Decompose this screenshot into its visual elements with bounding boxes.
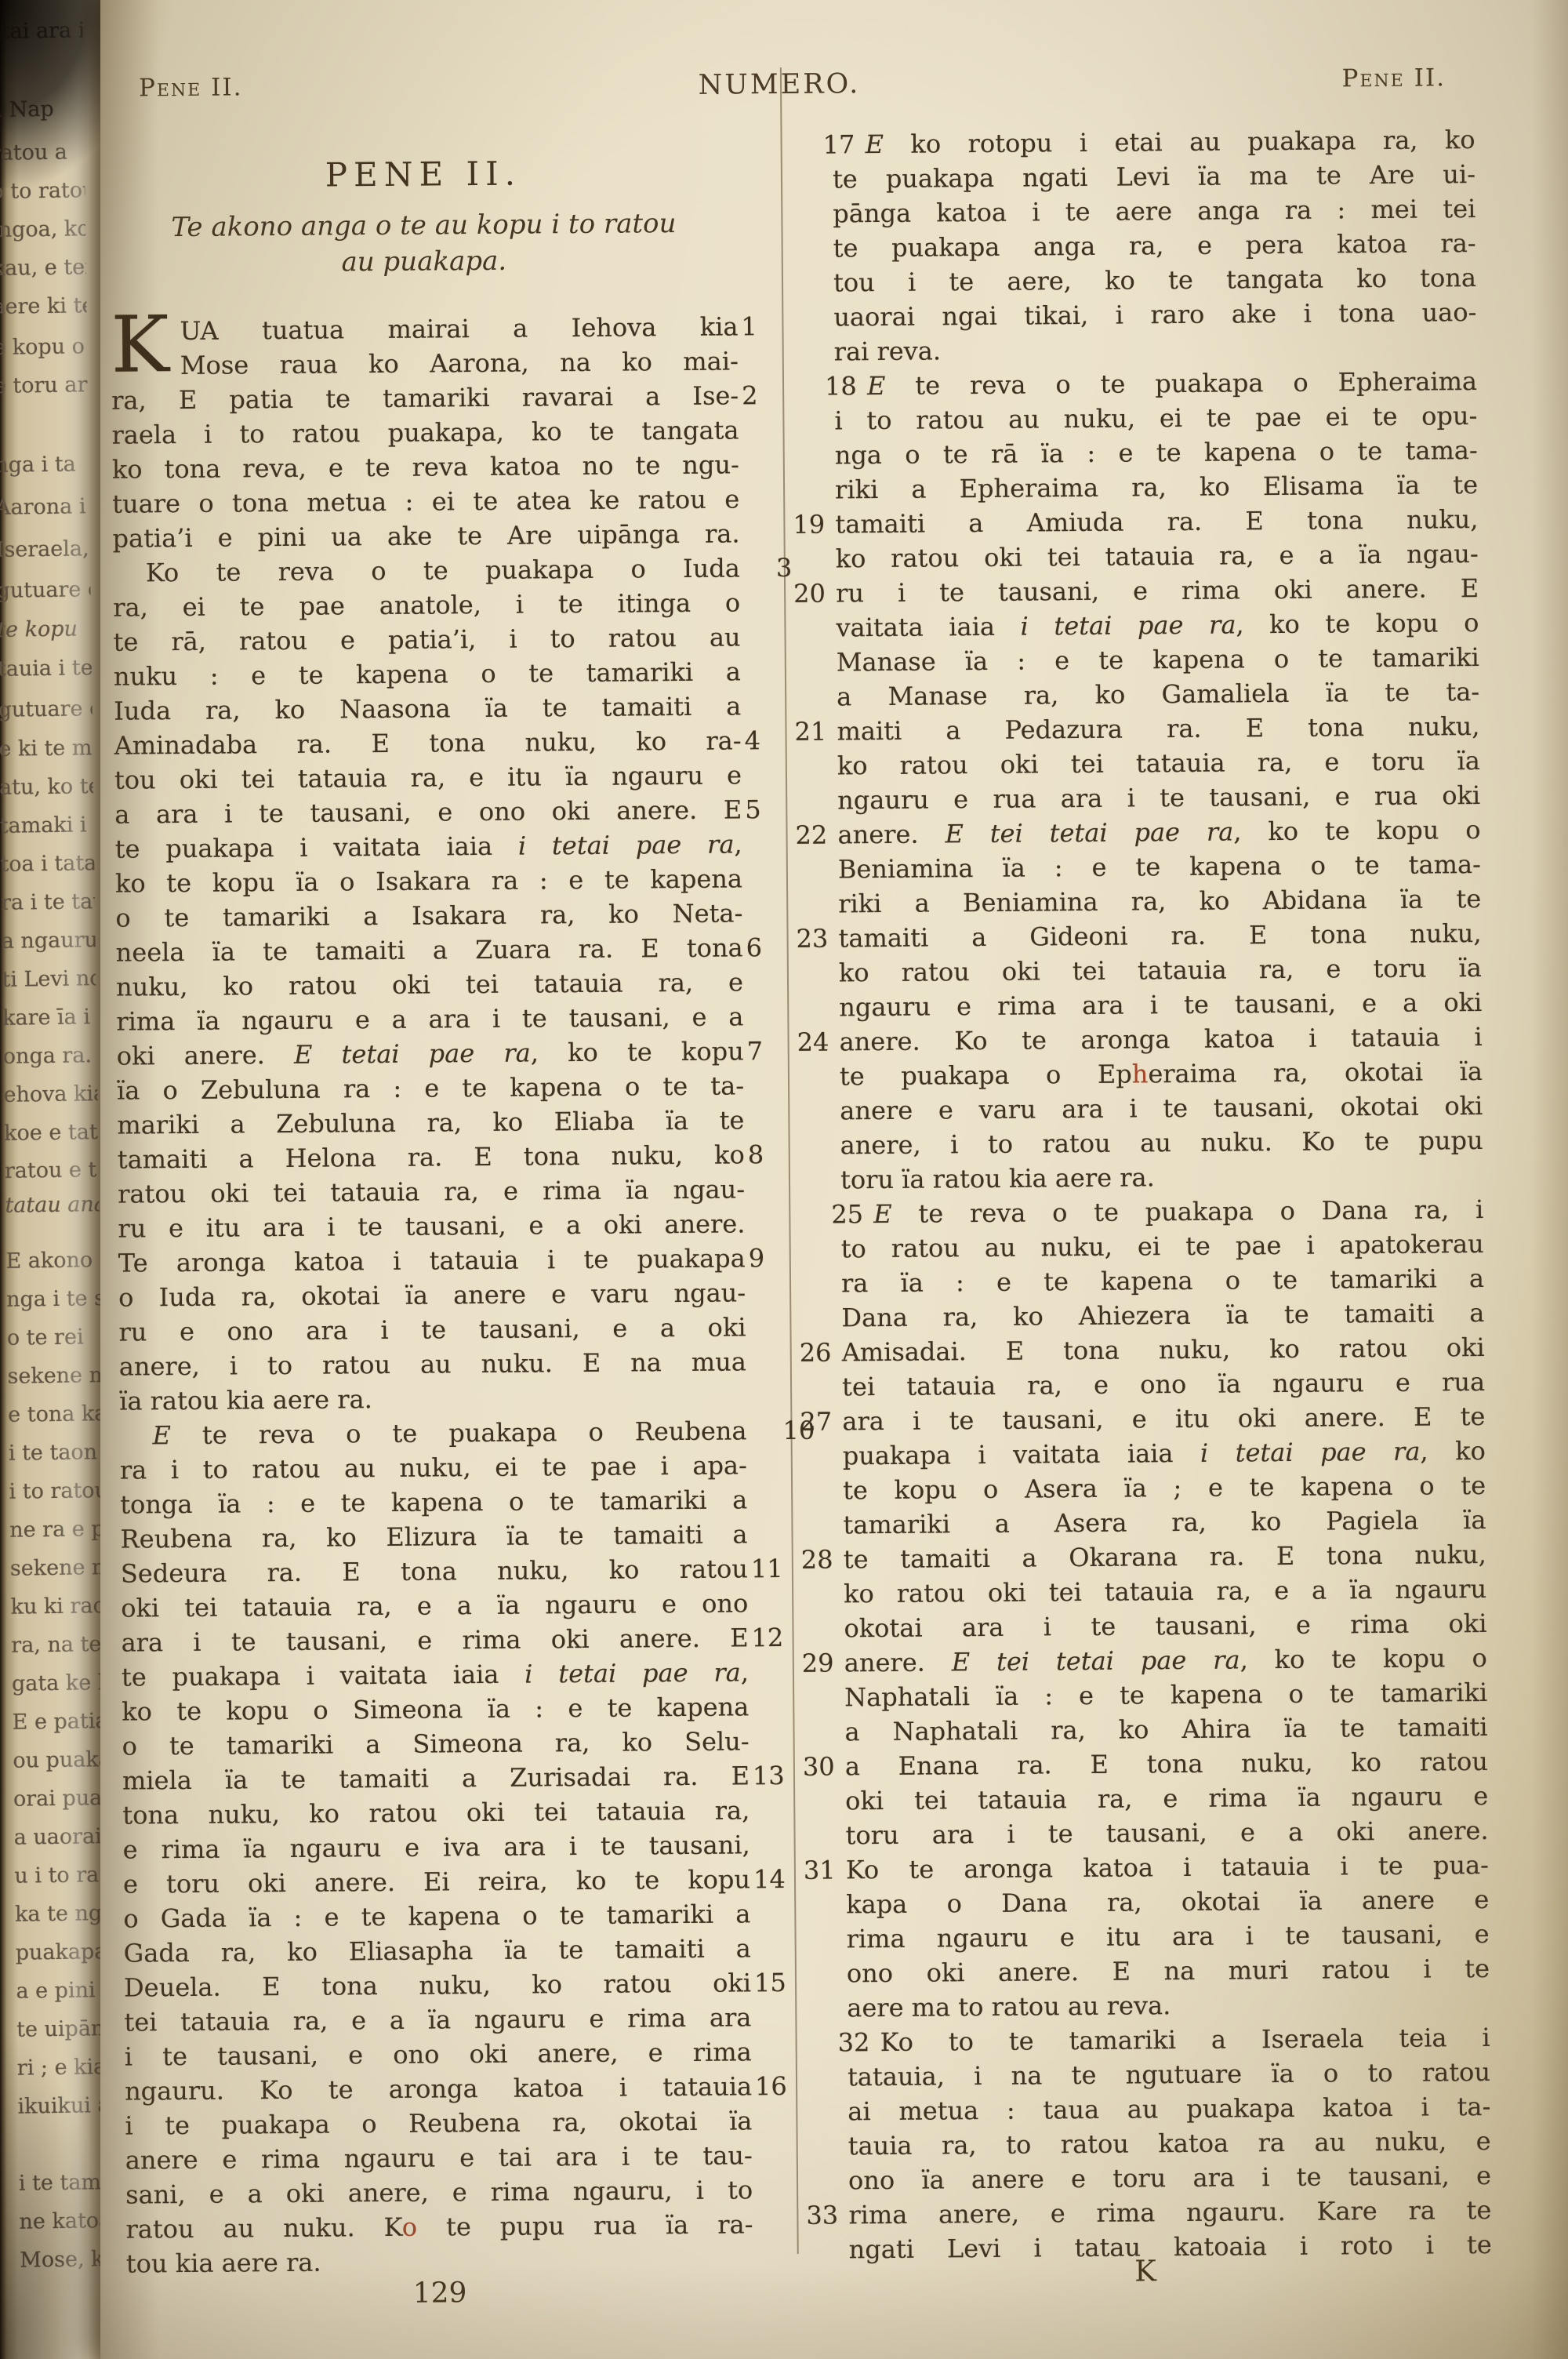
text-line: toru ïa ratou kia aere ra. <box>840 1158 1483 1197</box>
text-line: 8tamaiti a Helona ra. E tona nuku, ko <box>118 1137 745 1176</box>
text-line: 31Ko te aronga katoa i tatauia i te pua- <box>846 1848 1489 1887</box>
text-line: mariki a Zebuluna ra, ko Eliaba ïa te <box>117 1103 744 1142</box>
verse-number: 25 <box>798 1197 837 1231</box>
text-line: te puakapa i vaitata iaia i tetai pae ra… <box>114 827 742 866</box>
text-line: tona nuku, ko ratou oki tei tatauia ra, <box>122 1793 750 1832</box>
text-line: o Iuda ra, okotai ïa anere e varu ngau- <box>118 1275 746 1314</box>
text-line: 15Deuela. E tona nuku, ko ratou oki <box>124 1965 751 2005</box>
text-line: te puakapa o Epheraima ra, okotai ïa <box>840 1054 1483 1093</box>
verse-number: 6 <box>746 930 789 965</box>
text-line: ko te kopu o Simeona ïa : e te kapena <box>122 1689 749 1728</box>
text-line: i to ratou au nuku, ei te pae ei te opu- <box>834 398 1477 438</box>
text-line: te rā, ratou e patia’i, i to ratou au <box>113 620 740 659</box>
text-line: 5a ara i te tausani, e ono oki anere. E <box>114 792 742 831</box>
text-line: anere, i to ratou au nuku. E na mua <box>119 1344 746 1383</box>
text-line: 2ra, E patia te tamariki ravarai a Ise- <box>111 378 739 417</box>
verse-number: 11 <box>751 1551 793 1586</box>
text-line: Beniamina ïa : e te kapena o te tama- <box>838 847 1481 886</box>
text-line: pānga katoa i te aere anga ra : mei tei <box>833 191 1475 231</box>
verse-number: 20 <box>793 576 833 610</box>
verse-number: 28 <box>801 1542 840 1576</box>
text-line: tauia ra, to ratou katoa ra au nuku, e <box>848 2124 1491 2163</box>
text-line: 25E te reva o te puakapa o Dana ra, i <box>840 1192 1483 1231</box>
text-line: raela i to ratou puakapa, ko te tangata <box>111 413 739 452</box>
text-line: 6neela ïa te tamaiti a Zuara ra. E tona <box>116 930 743 969</box>
text-line: 11Sedeura ra. E tona nuku, ko ratou <box>121 1551 748 1590</box>
text-line: 13miela ïa te tamaiti a Zurisadai ra. E <box>122 1758 750 1797</box>
verse-number: 23 <box>796 921 835 955</box>
text-line: 19tamaiti a Amiuda ra. E tona nuku, <box>835 502 1478 541</box>
text-line: 12ara i te tausani, e rima oki anere. E <box>121 1620 748 1659</box>
text-line: te puakapa i vaitata iaia i tetai pae ra… <box>122 1655 749 1694</box>
italic-text: E tetai pae ra <box>294 1038 531 1070</box>
chapter-subtitle-line2: au puakapa. <box>111 243 738 279</box>
text-line: 1UA tuatua mairai a Iehova kia <box>111 309 738 348</box>
text-line: 27ara i te tausani, e itu oki anere. E t… <box>842 1399 1485 1438</box>
text-line: te puakapa ngati Levi ïa ma te Are ui- <box>833 157 1475 196</box>
text-line: kapa o Dana ra, okotai ïa anere e <box>846 1882 1489 1921</box>
page-content: Pene II. NUMERO. Pene II. PENE II. Te ak… <box>0 0 1568 2359</box>
text-line: Gada ra, ko Eliasapha ïa te tamaiti a <box>124 1931 751 1970</box>
text-line: tatauia, i na te ngutuare ïa o to ratou <box>848 2055 1490 2094</box>
text-line: 24anere. Ko te aronga katoa i tatauia i <box>839 1020 1482 1059</box>
text-line: ru e ono ara i te tausani, e a oki <box>118 1310 746 1349</box>
italic-text: E tei tetai pae ra <box>945 816 1233 849</box>
text-column-right: 17E ko rotopu i etai au puakapa ra, kote… <box>832 122 1491 2266</box>
text-line: 9Te aronga katoa i tatauia i te puakapa <box>118 1241 746 1280</box>
page-number: 129 <box>126 2274 753 2311</box>
text-line: vaitata iaia i tetai pae ra, ko te kopu … <box>836 605 1479 645</box>
running-header-left: Pene II. <box>139 73 243 102</box>
verse-number: 32 <box>804 2025 844 2059</box>
text-line: tonga ïa : e te kapena o te tamariki a <box>120 1482 747 1521</box>
italic-text: E <box>873 1199 892 1229</box>
text-line: ko tona reva, e te reva katoa no te ngu- <box>112 447 739 486</box>
text-line: rima ïa ngauru e a ara i te tausani, e a <box>116 999 743 1038</box>
red-ink-mark: o <box>402 2212 418 2242</box>
text-line: ko ratou oki tei tatauia ra, e toru ïa <box>839 951 1482 990</box>
text-line: ïa ratou kia aere ra. <box>119 1379 746 1418</box>
verse-number: 5 <box>745 792 787 827</box>
text-line: 26Amisadai. E tona nuku, ko ratou oki <box>842 1330 1485 1369</box>
chapter-heading: PENE II. <box>110 152 737 195</box>
italic-text: i tetai pae ra <box>1020 609 1236 641</box>
text-line: toru ara i te tausani, e a oki anere. <box>845 1813 1488 1852</box>
verse-number: 16 <box>755 2069 797 2103</box>
italic-text: i tetai pae ra <box>1200 1437 1421 1468</box>
verse-number: 26 <box>800 1335 839 1369</box>
text-line: ko te kopu ïa o Isakara ra : e te kapena <box>115 861 742 900</box>
text-line: 14e toru oki anere. Ei reira, ko te kopu <box>123 1862 750 1901</box>
text-line: 32Ko to te tamariki a Iseraela teia i <box>847 2020 1490 2059</box>
text-line: 4Aminadaba ra. E tona nuku, ko ra- <box>114 723 741 762</box>
verse-number: 17 <box>789 128 829 162</box>
text-line: te kopu o Asera ïa ; e te kapena o te <box>843 1468 1486 1507</box>
text-line: riki a Epheraima ra, ko Elisama ïa te <box>835 467 1478 507</box>
text-line: rai reva. <box>834 329 1477 369</box>
text-line: ra, ei te pae anatole, i te itinga o <box>113 585 740 624</box>
verse-number: 4 <box>744 723 786 758</box>
text-line: nga o te rā ïa : e te kapena o te tama- <box>835 433 1478 472</box>
verse-number: 29 <box>802 1645 841 1680</box>
verse-number: 27 <box>800 1404 839 1438</box>
text-line: oki tei tatauia ra, e a ïa ngauru e ono <box>121 1586 748 1625</box>
text-line: anere e varu ara i te tausani, okotai ok… <box>840 1089 1483 1128</box>
verse-number: 7 <box>747 1034 789 1068</box>
text-line: Dana ra, ko Ahiezera ïa te tamaiti a <box>841 1296 1484 1335</box>
text-column-left: 1UA tuatua mairai a Iehova kiaMose raua … <box>111 309 753 2281</box>
text-line: 17E ko rotopu i etai au puakapa ra, ko <box>832 122 1475 162</box>
verse-number: 12 <box>751 1620 793 1655</box>
text-line: o Gada ïa : e te kapena o te tamariki a <box>123 1896 750 1936</box>
text-line: sani, e a oki anere, e rima ngauru, i to <box>125 2172 753 2212</box>
text-line: Iuda ra, ko Naasona ïa te tamaiti a <box>114 689 741 728</box>
text-line: ono oki anere. E na muri ratou i te <box>847 1951 1490 1990</box>
text-line: 23tamaiti a Gideoni ra. E tona nuku, <box>838 916 1481 955</box>
text-line: 10E te reva o te puakapa o Reubena <box>119 1413 746 1452</box>
chapter-subtitle-line1: Te akono anga o te au kopu i to ratou <box>110 207 737 243</box>
text-line: ngauru e rima ara i te tausani, e a oki <box>839 985 1482 1024</box>
text-line: 3Ko te reva o te puakapa o Iuda <box>113 551 740 590</box>
text-line: riki a Beniamina ra, ko Abidana ïa te <box>838 881 1481 921</box>
text-line: 29anere. E tei tetai pae ra, ko te kopu … <box>844 1641 1487 1680</box>
text-line: tou i te aere, ko te tangata ko tona <box>833 260 1476 300</box>
text-line: tuare o tona metua : ei te atea ke ratou… <box>112 482 739 521</box>
verse-number: 21 <box>794 714 833 748</box>
text-line: Manase ïa : e te kapena o te tamariki <box>837 640 1479 679</box>
text-line: ra i to ratou au nuku, ei te pae i apa- <box>120 1448 747 1487</box>
printers-signature-mark: K <box>949 2252 1341 2289</box>
text-line: 28te tamaiti a Okarana ra. E tona nuku, <box>844 1537 1486 1576</box>
text-line: Mose raua ko Aarona, na ko mai- <box>111 343 739 383</box>
verse-number: 3 <box>743 551 786 585</box>
verse-number: 10 <box>750 1413 792 1448</box>
text-line: okotai ara i te tausani, e rima oki <box>844 1606 1486 1645</box>
text-line: rima ngauru e itu ara i te tausani, e <box>846 1917 1489 1956</box>
text-line: 30a Enana ra. E tona nuku, ko ratou <box>845 1744 1488 1783</box>
text-line: ko ratou oki tei tatauia ra, e toru ïa <box>837 743 1480 783</box>
italic-text: E <box>867 371 886 401</box>
verse-number: 31 <box>804 1852 843 1887</box>
text-line: a Naphatali ra, ko Ahira ïa te tamaiti <box>844 1710 1487 1749</box>
text-line: tou oki tei tatauia ra, e itu ïa ngauru … <box>114 758 742 797</box>
text-line: 20ru i te tausani, e rima oki anere. E <box>836 571 1479 610</box>
text-line: Naphatali ïa : e te kapena o te tamariki <box>844 1675 1487 1714</box>
text-line: ko ratou oki tei tatauia ra, e a ïa ngau… <box>844 1572 1486 1611</box>
text-line: ko ratou oki tei tatauia ra, e a ïa ngau… <box>836 536 1479 576</box>
verse-number: 24 <box>797 1024 836 1059</box>
text-line: 16ngauru. Ko te aronga katoa i tatauia <box>125 2069 752 2108</box>
italic-text: E tei tetai pae ra <box>952 1645 1240 1677</box>
text-line: 18E te reva o te puakapa o Epheraima <box>834 364 1477 403</box>
text-line: e rima ïa ngauru e iva ara i te tausani, <box>123 1827 750 1866</box>
text-line: ratou au nuku. Ko te pupu rua ïa ra- <box>125 2207 753 2246</box>
text-line: o te tamariki a Simeona ra, ko Selu- <box>122 1724 749 1763</box>
text-line: ïa o Zebuluna ra : e te kapena o te ta- <box>117 1068 744 1107</box>
text-line: 7oki anere. E tetai pae ra, ko te kopu <box>117 1034 744 1073</box>
text-line: oki tei tatauia ra, e rima ïa ngauru e <box>845 1779 1488 1818</box>
verse-number: 22 <box>795 817 834 852</box>
italic-text: E <box>152 1420 171 1450</box>
text-line: uaorai ngai tikai, i raro ake i tona uao… <box>833 295 1476 334</box>
text-line: to ratou au nuku, ei te pae i apatokerau <box>841 1227 1484 1266</box>
text-line: puakapa i vaitata iaia i tetai pae ra, k… <box>843 1434 1486 1473</box>
text-line: ra ïa : e te kapena o te tamariki a <box>841 1261 1484 1300</box>
verse-number: 33 <box>806 2197 845 2232</box>
verse-number: 14 <box>753 1862 796 1896</box>
verse-number: 18 <box>792 369 831 403</box>
text-line: o te tamariki a Isakara ra, ko Neta- <box>115 896 742 935</box>
verse-number: 2 <box>742 378 784 413</box>
text-line: ai metua : taua au puakapa katoa i ta- <box>848 2089 1490 2128</box>
text-line: Reubena ra, ko Elizura ïa te tamaiti a <box>120 1517 747 1556</box>
italic-text: i tetai pae ra <box>518 829 735 860</box>
verse-number: 30 <box>803 1749 842 1783</box>
page-paper: Pene II. NUMERO. Pene II. PENE II. Te ak… <box>100 0 1568 2359</box>
verse-number: 9 <box>749 1241 791 1275</box>
text-line: aere ma to ratou au reva. <box>847 1986 1490 2025</box>
text-line: nuku : e te kapena o te tamariki a <box>114 654 741 693</box>
text-line: anere, i to ratou au nuku. Ko te pupu <box>840 1123 1483 1162</box>
text-line: 22anere. E tei tetai pae ra, ko te kopu … <box>837 812 1480 852</box>
verse-number: 1 <box>741 309 783 343</box>
text-line: 21maiti a Pedazura ra. E tona nuku, <box>837 709 1479 748</box>
text-line: ono ïa anere e toru ara i te tausani, e <box>848 2158 1491 2197</box>
red-ink-mark: h <box>1132 1059 1149 1089</box>
verse-number: 15 <box>754 1965 797 2000</box>
text-line: i te puakapa o Reubena ra, okotai ïa <box>125 2103 752 2143</box>
text-line: anere e rima ngauru e tai ara i te tau- <box>125 2138 753 2177</box>
italic-text: i tetai pae ra <box>524 1657 741 1688</box>
text-line: 33rima anere, e rima ngauru. Kare ra te <box>848 2193 1491 2232</box>
text-line: ngauru e rua ara i te tausani, e rua oki <box>837 778 1480 817</box>
text-line: i te tausani, e ono oki anere, e rima <box>125 2034 752 2074</box>
text-line: te puakapa anga ra, e pera katoa ra- <box>833 226 1476 265</box>
text-line: a Manase ra, ko Gamaliela ïa te ta- <box>837 674 1479 714</box>
text-line: nuku, ko ratou oki tei tatauia ra, e <box>116 965 743 1004</box>
verse-number: 19 <box>793 507 832 541</box>
text-line: patia’i e pini ua ake te Are uipānga ra. <box>112 516 739 555</box>
verse-number: 13 <box>753 1758 795 1793</box>
running-header-right: Pene II. <box>1289 64 1446 93</box>
text-line: tei tatauia ra, e ono ïa ngauru e rua <box>842 1365 1485 1404</box>
text-line: ru e itu ara i te tausani, e a oki anere… <box>118 1206 745 1245</box>
verse-number: 8 <box>748 1137 790 1172</box>
italic-text: E <box>865 129 884 159</box>
text-line: tamariki a Asera ra, ko Pagiela ïa <box>843 1503 1486 1542</box>
text-line: ratou oki tei tatauia ra, e rima ïa ngau… <box>118 1172 745 1211</box>
text-line: tei tatauia ra, e a ïa ngauru e rima ara <box>124 2000 751 2039</box>
book-page-scan: otai ara i tea Napratou ao to ratouingoa… <box>0 0 1568 2359</box>
